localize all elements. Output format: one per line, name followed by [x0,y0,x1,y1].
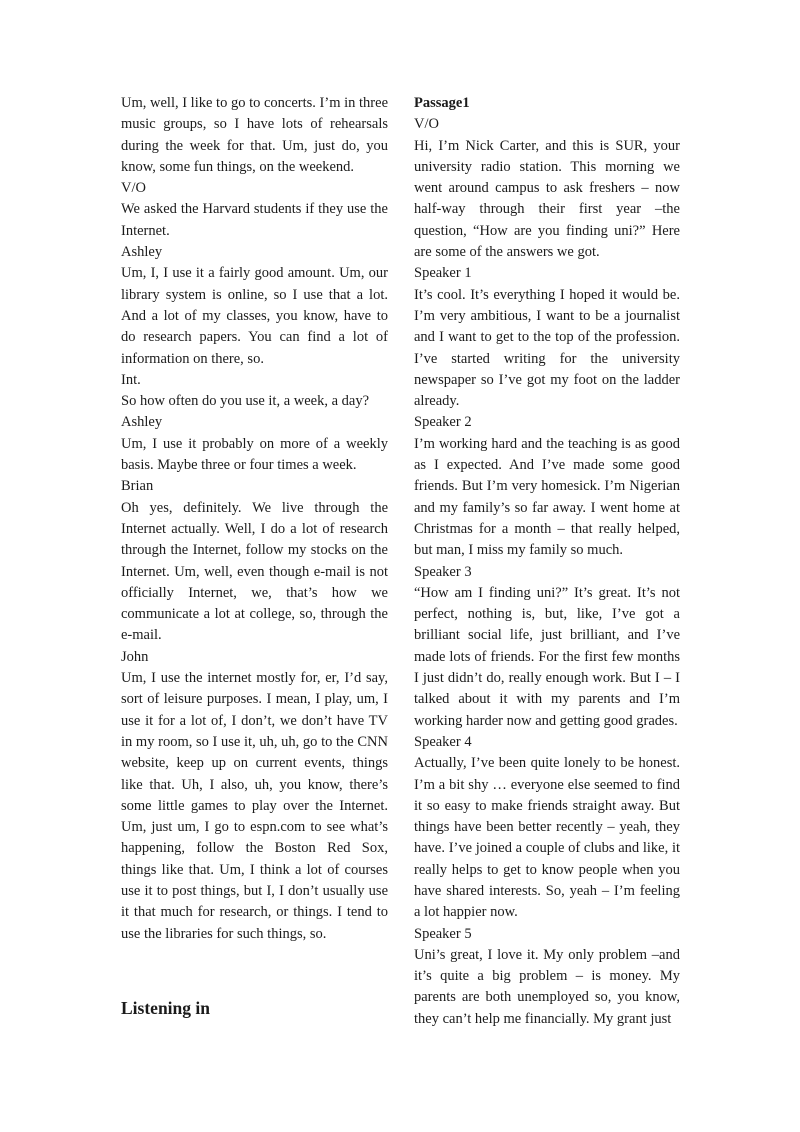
transcript-paragraph: I’m working hard and the teaching is as … [414,434,680,562]
document-page: Um, well, I like to go to concerts. I’m … [0,0,800,1132]
speaker-label-vo: V/O [414,114,680,135]
transcript-paragraph: Actually, I’ve been quite lonely to be h… [414,753,680,923]
transcript-paragraph: It’s cool. It’s everything I hoped it wo… [414,285,680,413]
transcript-paragraph: Um, well, I like to go to concerts. I’m … [121,93,388,178]
transcript-paragraph: Um, I use the internet mostly for, er, I… [121,668,388,945]
transcript-paragraph: So how often do you use it, a week, a da… [121,391,388,412]
speaker-label-speaker3: Speaker 3 [414,562,680,583]
speaker-label-speaker5: Speaker 5 [414,924,680,945]
speaker-label-speaker4: Speaker 4 [414,732,680,753]
speaker-label-speaker1: Speaker 1 [414,263,680,284]
speaker-label-ashley: Ashley [121,242,388,263]
transcript-paragraph: Oh yes, definitely. We live through the … [121,498,388,647]
speaker-label-vo: V/O [121,178,388,199]
transcript-paragraph: Hi, I’m Nick Carter, and this is SUR, yo… [414,136,680,264]
left-column: Um, well, I like to go to concerts. I’m … [121,93,388,1020]
speaker-label-brian: Brian [121,476,388,497]
transcript-paragraph: Um, I, I use it a fairly good amount. Um… [121,263,388,369]
speaker-label-int: Int. [121,370,388,391]
speaker-label-john: John [121,647,388,668]
speaker-label-ashley: Ashley [121,412,388,433]
transcript-paragraph: “How am I finding uni?” It’s great. It’s… [414,583,680,732]
section-heading-listening-in: Listening in [121,997,388,1020]
transcript-paragraph: Uni’s great, I love it. My only problem … [414,945,680,1030]
speaker-label-speaker2: Speaker 2 [414,412,680,433]
right-column: Passage1 V/O Hi, I’m Nick Carter, and th… [414,93,680,1030]
transcript-paragraph: We asked the Harvard students if they us… [121,199,388,242]
transcript-paragraph: Um, I use it probably on more of a weekl… [121,434,388,477]
passage-heading: Passage1 [414,93,680,114]
